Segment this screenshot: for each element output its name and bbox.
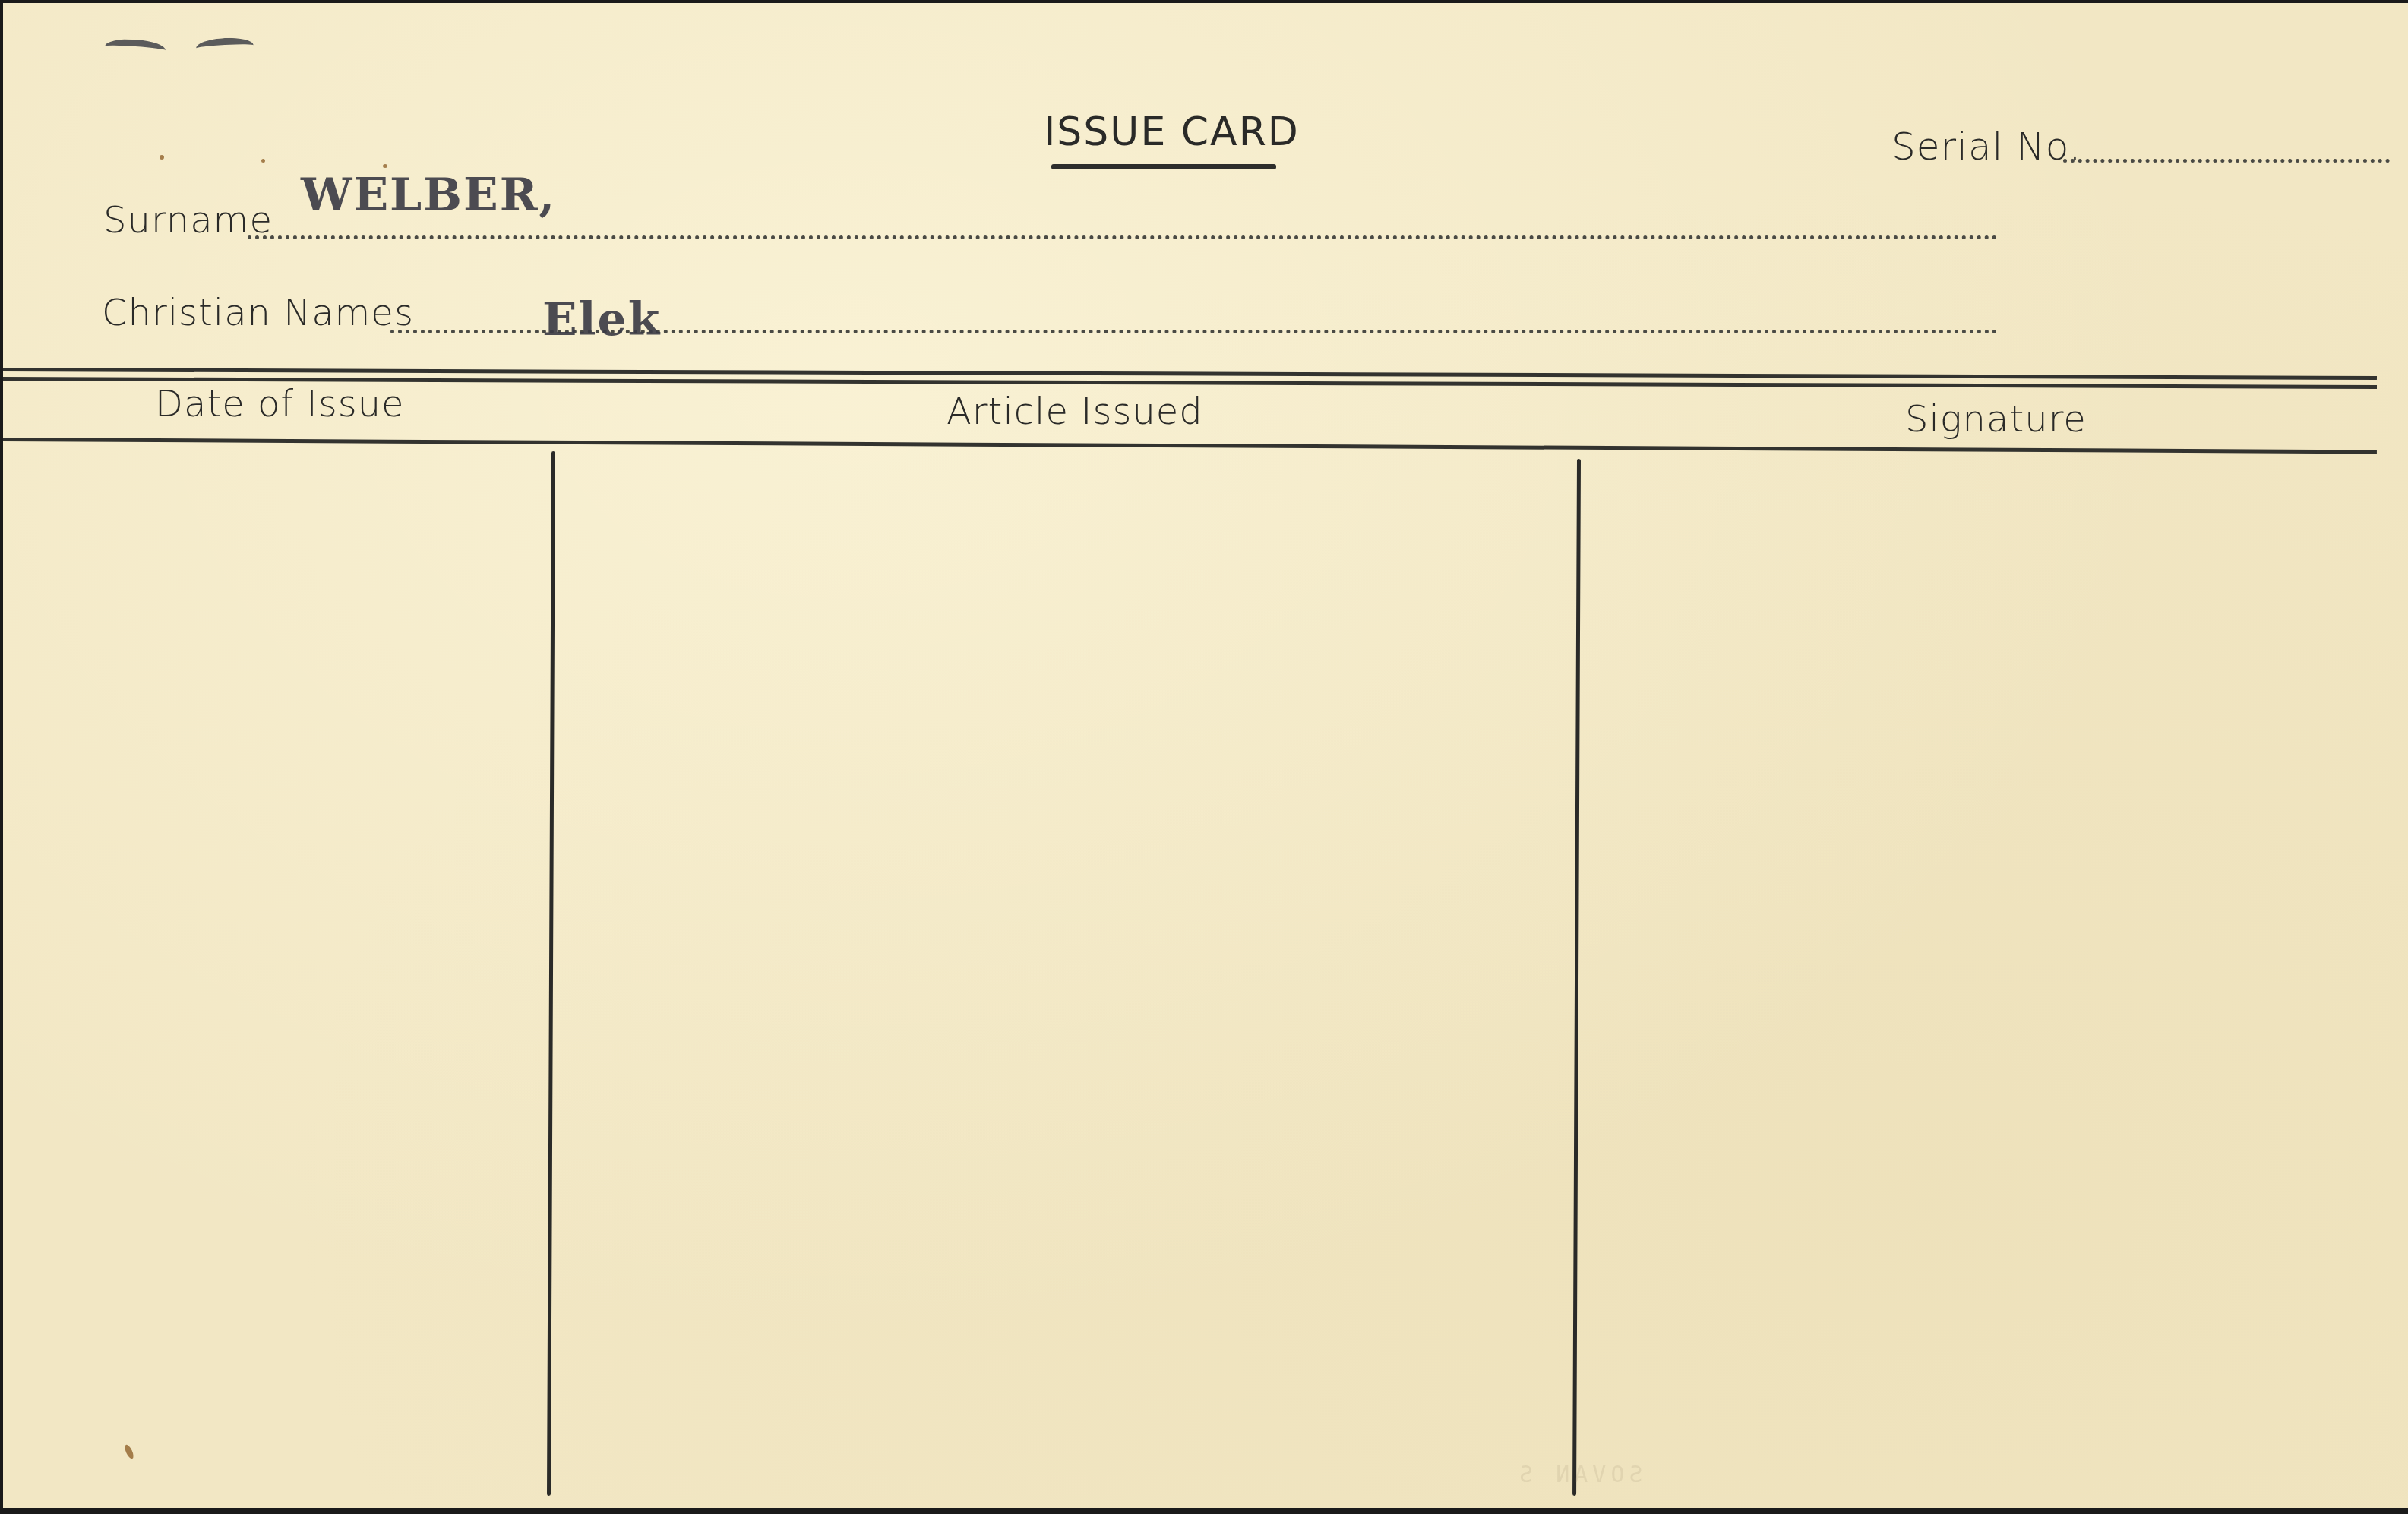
- surname-field[interactable]: [248, 235, 1998, 239]
- title-underline: [1051, 164, 1276, 169]
- surname-value: WELBER,: [301, 169, 557, 222]
- christian-names-label: Christian Names: [102, 292, 414, 334]
- signature-column[interactable]: [1583, 459, 2388, 1500]
- column-header-article-issued: Article Issued: [946, 390, 1203, 433]
- rust-spot: [261, 159, 265, 163]
- rust-spot: [160, 155, 164, 160]
- serial-no-label: Serial No.: [1891, 125, 2081, 169]
- show-through-mark: SOVAN S: [1515, 1462, 1642, 1488]
- issue-card: ISSUE CARD Serial No. Surname WELBER, Ch…: [3, 3, 2408, 1508]
- card-title: ISSUE CARD: [1044, 109, 1300, 155]
- serial-no-field[interactable]: [2063, 159, 2390, 163]
- staple-right-icon: [195, 36, 254, 57]
- article-issued-column[interactable]: [558, 451, 1575, 1500]
- christian-names-value: Elek: [542, 293, 661, 346]
- column-header-date-of-issue: Date of Issue: [155, 383, 405, 425]
- rust-spot: [383, 164, 387, 168]
- staple-left-icon: [104, 37, 166, 59]
- date-of-issue-column[interactable]: [3, 451, 550, 1500]
- column-header-signature: Signature: [1905, 398, 2087, 441]
